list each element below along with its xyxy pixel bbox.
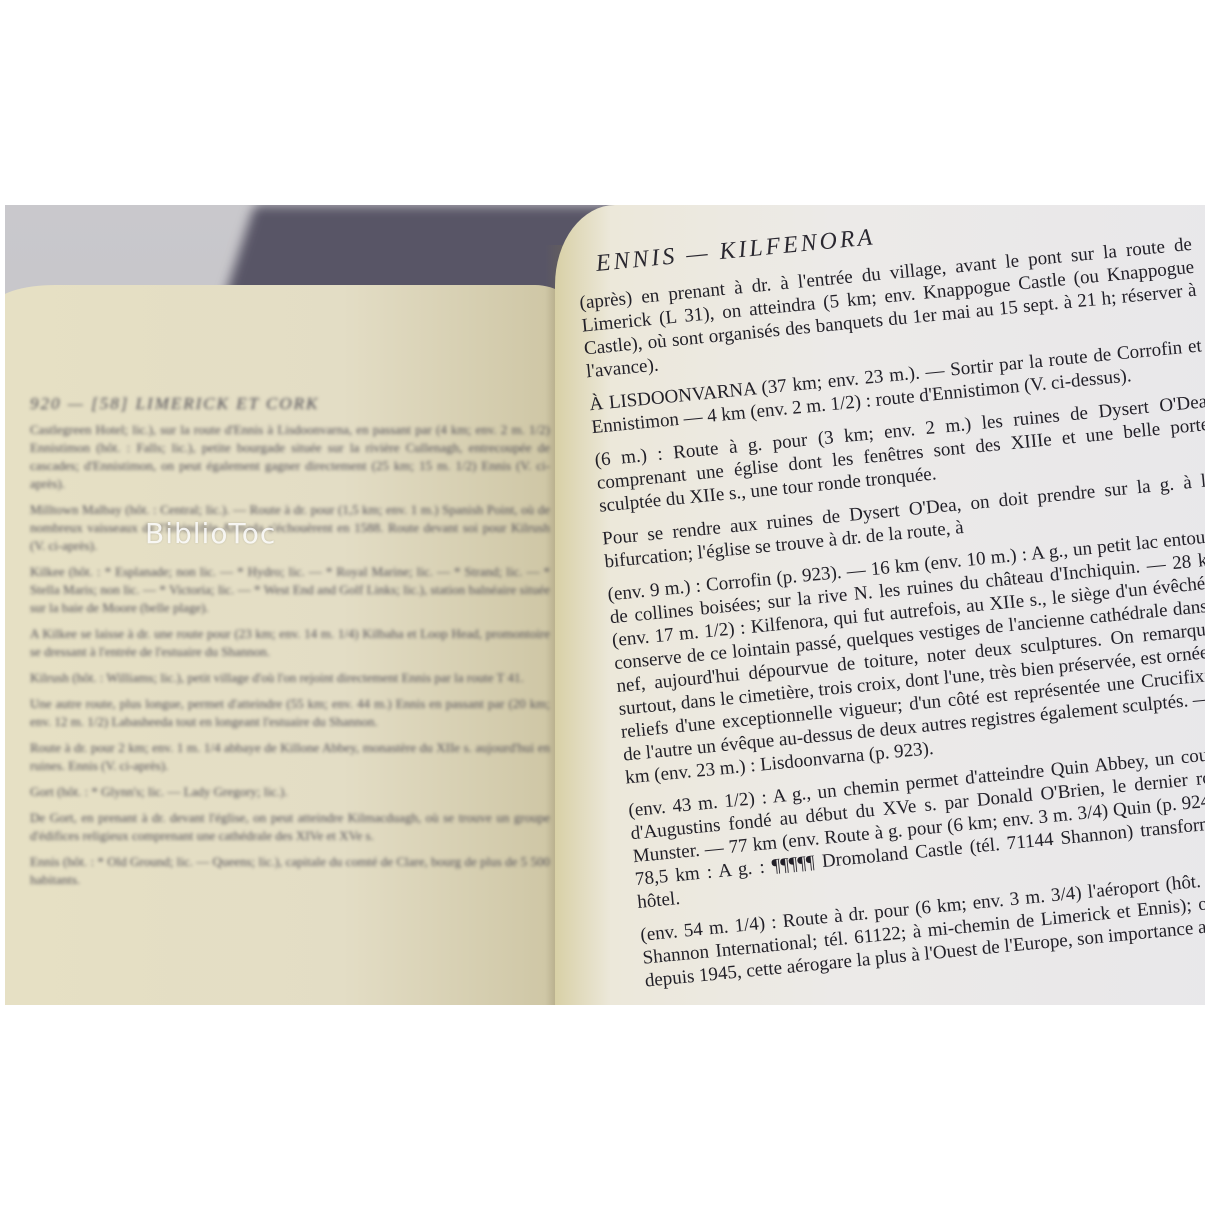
paragraph: Kilrush (hôt. : Williams; lic.), petit v… [30,669,550,687]
left-page: 920 — [58] LIMERICK ET CORK Castlegreen … [5,285,575,1005]
paragraph: Une autre route, plus longue, permet d'a… [30,695,550,731]
paragraph: Milltown Malbay (hôt. : Central; lic.). … [30,501,550,555]
paragraph: Route à dr. pour 2 km; env. 1 m. 1/4 abb… [30,739,550,775]
watermark-logo: BiblioToc [145,517,276,550]
paragraph: Gort (hôt. : * Glynn's; lic. — Lady Greg… [30,783,550,801]
paragraph: Ennis (hôt. : * Old Ground; lic. — Queen… [30,853,550,889]
right-page-text: ENNIS — KILFENORA (après) en prenant à d… [575,205,1205,1003]
right-page: ENNIS — KILFENORA (après) en prenant à d… [555,205,1205,1005]
paragraph: Kilkee (hôt. : * Esplanade; non lic. — *… [30,563,550,617]
paragraph: Castlegreen Hotel; lic.), sur la route d… [30,421,550,493]
paragraph: A Kilkee se laisse à dr. une route pour … [30,625,550,661]
left-page-text: 920 — [58] LIMERICK ET CORK Castlegreen … [30,395,550,897]
paragraph: De Gort, en prenant à dr. devant l'églis… [30,809,550,845]
left-running-header: 920 — [58] LIMERICK ET CORK [30,395,550,413]
book-photo: 920 — [58] LIMERICK ET CORK Castlegreen … [5,205,1205,1005]
